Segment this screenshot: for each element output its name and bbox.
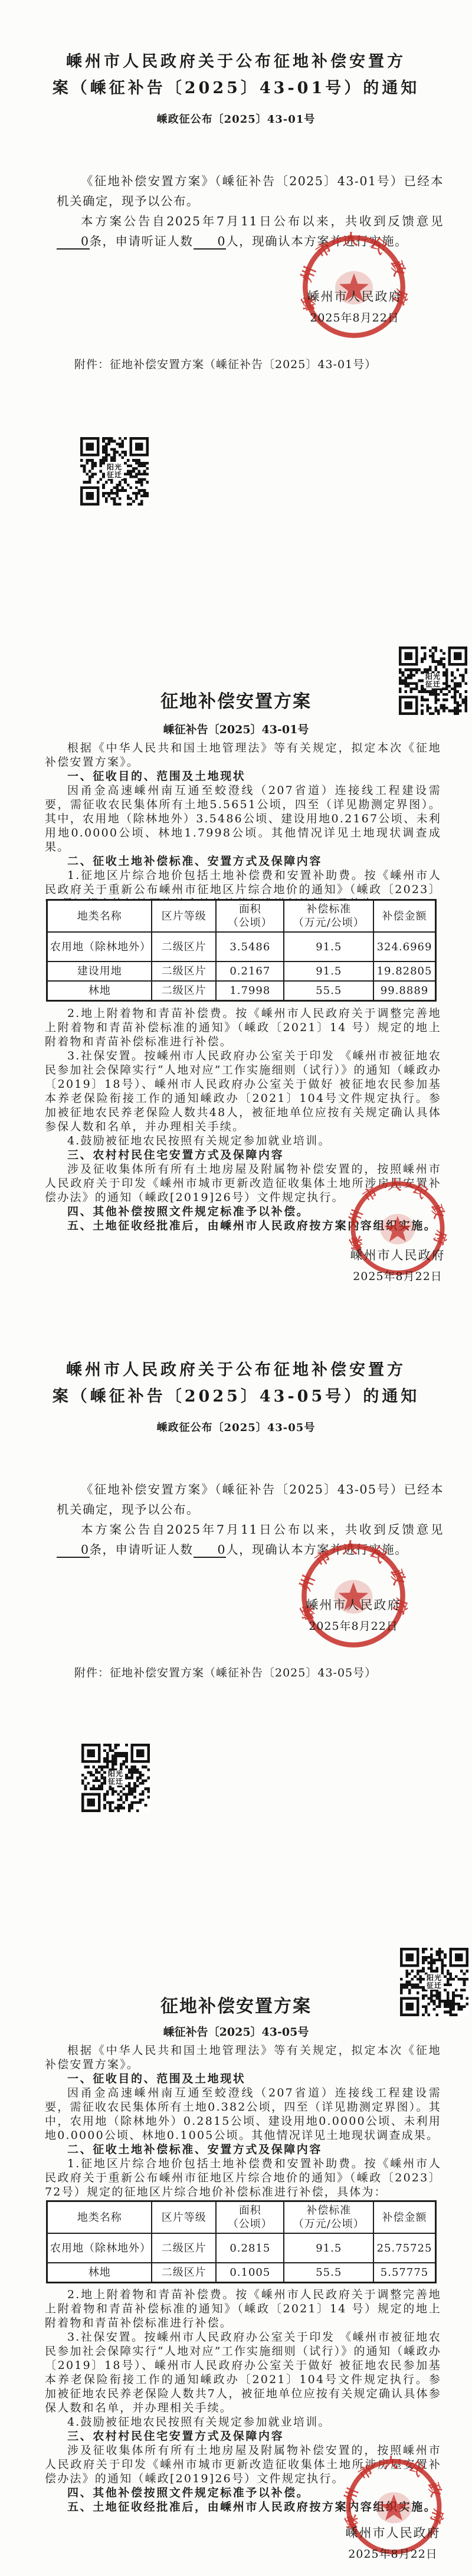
- section-heading-1: 一、征收目的、范围及土地现状: [45, 2072, 441, 2086]
- col-header-amount: 补偿金额: [373, 900, 435, 933]
- cell-amount: 324.6969: [373, 932, 435, 962]
- notice-title: 嵊州市人民政府关于公布征地补偿安置方 案（嵊征补告〔2025〕43-01号）的通…: [47, 48, 425, 101]
- section-heading-2: 二、征收土地补偿标准、安置方式及保障内容: [45, 854, 441, 868]
- signature-block: 嵊州市人民政府 2025年8月22日: [339, 2524, 447, 2561]
- sign-date: 2025年8月22日: [300, 309, 409, 325]
- col-header-amount: 补偿金额: [373, 2201, 435, 2234]
- plan-43-01: 阳光 征迁 征地补偿安置方案 嵊征补告〔2025〕43-01号 根据《中华人民共…: [0, 647, 472, 1307]
- notice-title: 嵊州市人民政府关于公布征地补偿安置方 案（嵊征补告〔2025〕43-05号）的通…: [47, 1357, 425, 1410]
- signature-block: 嵊州市人民政府 2025年8月22日: [300, 287, 409, 325]
- plan-intro: 根据《中华人民共和国土地管理法》等有关规定，拟定本次《征地补偿安置方案》。: [45, 741, 441, 769]
- table-row: 林地 二级区片 1.7998 55.5 99.8889: [47, 981, 436, 1001]
- plan-item-3: 3.社保安置。按嵊州市人民政府办公室关于印发 《嵊州市被征地农民参加社会保障实行…: [45, 2330, 441, 2415]
- section-heading-2: 二、征收土地补偿标准、安置方式及保障内容: [45, 2142, 441, 2157]
- signer-name: 嵊州市人民政府: [300, 287, 409, 305]
- notice-title-line1: 嵊州市人民政府关于公布征地补偿安置方: [47, 1357, 425, 1383]
- cell-zone-grade: 二级区片: [152, 962, 216, 981]
- sign-date: 2025年8月22日: [299, 1617, 408, 1633]
- table-row: 建设用地 二级区片 0.2167 91.5 19.82805: [47, 962, 436, 981]
- col-header-land-type: 地类名称: [47, 900, 152, 933]
- scanned-document-page: 嵊州市人民政府关于公布征地补偿安置方 案（嵊征补告〔2025〕43-01号）的通…: [0, 0, 472, 2576]
- cell-amount: 19.82805: [373, 962, 435, 981]
- plan-body-upper: 根据《中华人民共和国土地管理法》等有关规定，拟定本次《征地补偿安置方案》。 一、…: [45, 741, 441, 911]
- cell-standard: 55.5: [284, 2263, 373, 2283]
- notice-43-01: 嵊州市人民政府关于公布征地补偿安置方 案（嵊征补告〔2025〕43-01号）的通…: [0, 0, 472, 647]
- section-heading-3: 三、农村村民住宅安置方式及保障内容: [45, 1148, 441, 1162]
- compensation-table: 地类名称 区片等级 面积 （公顷） 补偿标准 （万元/公顷） 补偿金额 农用地（…: [46, 899, 437, 1002]
- table-header-row: 地类名称 区片等级 面积 （公顷） 补偿标准 （万元/公顷） 补偿金额: [47, 2201, 436, 2234]
- cell-land-type: 建设用地: [47, 962, 152, 981]
- col-header-land-type: 地类名称: [47, 2201, 152, 2234]
- notice-title-line2: 案（嵊征补告〔2025〕43-05号）的通知: [47, 1383, 425, 1410]
- cell-standard: 91.5: [284, 962, 373, 981]
- notice-title-line2: 案（嵊征补告〔2025〕43-01号）的通知: [47, 75, 425, 101]
- notice-paragraph-1: 《征地补偿安置方案》（嵊征补告〔2025〕43-01号）已经本机关确定，现予以公…: [57, 171, 444, 211]
- qr-pattern: [80, 437, 149, 506]
- signature-block: 嵊州市人民政府 2025年8月22日: [299, 1596, 408, 1633]
- table-row: 林地 二级区片 0.1005 55.5 5.57775: [47, 2263, 436, 2283]
- para2-mid: 条，申请听证人数: [90, 1543, 194, 1557]
- cell-standard: 91.5: [284, 932, 373, 962]
- col-header-zone-grade: 区片等级: [152, 900, 216, 933]
- plan-item-2: 2.地上附着物和青苗补偿费。按《嵊州市人民政府关于调整完善地上附着物和青苗补偿标…: [45, 2288, 441, 2330]
- plan-item-3: 3.社保安置。按嵊州市人民政府办公室关于印发 《嵊州市被征地农民参加社会保障实行…: [45, 1049, 441, 1134]
- compensation-table: 地类名称 区片等级 面积 （公顷） 补偿标准 （万元/公顷） 补偿金额 农用地（…: [46, 2200, 437, 2283]
- section-heading-3: 三、农村村民住宅安置方式及保障内容: [45, 2429, 441, 2443]
- para2-mid: 条，申请听证人数: [90, 234, 194, 248]
- notice-paragraph-1: 《征地补偿安置方案》（嵊征补告〔2025〕43-05号）已经本机关确定，现予以公…: [57, 1479, 444, 1520]
- notice-doc-number: 嵊政征公布〔2025〕43-01号: [0, 111, 472, 126]
- table-row: 农用地（除林地外） 二级区片 0.2815 91.5 25.75725: [47, 2233, 436, 2263]
- plan-item-4: 4.鼓励被征地农民按照有关规定参加就业培训。: [45, 1134, 441, 1148]
- hearing-count-blank: 0: [194, 235, 227, 250]
- plan-doc-number: 嵊征补告〔2025〕43-01号: [0, 721, 472, 737]
- cell-zone-grade: 二级区片: [152, 932, 216, 962]
- plan-title: 征地补偿安置方案: [0, 1991, 472, 2017]
- plan-43-05: 阳光 征迁 征地补偿安置方案 嵊征补告〔2025〕43-05号 根据《中华人民共…: [0, 1947, 472, 2576]
- cell-land-type: 林地: [47, 2263, 152, 2283]
- cell-amount: 5.57775: [373, 2263, 435, 2283]
- government-seal: 嵊州市人民政府: [299, 231, 409, 342]
- plan-item-4: 4.鼓励被征地农民按照有关规定参加就业培训。: [45, 2415, 441, 2429]
- plan-scope-paragraph: 因甬金高速嵊州南互通至蛟澄线（207省道）连接线工程建设需要，需征收农民集体所有…: [45, 2086, 441, 2142]
- cell-area: 0.2167: [216, 962, 284, 981]
- section-heading-1: 一、征收目的、范围及土地现状: [45, 769, 441, 783]
- col-header-area: 面积 （公顷）: [216, 900, 284, 933]
- signature-block: 嵊州市人民政府 2025年8月22日: [343, 1246, 452, 1284]
- table-row: 农用地（除林地外） 二级区片 3.5486 91.5 324.6969: [47, 932, 436, 962]
- sign-date: 2025年8月22日: [339, 2545, 447, 2561]
- plan-doc-number: 嵊征补告〔2025〕43-05号: [0, 2023, 472, 2039]
- qr-pattern: [81, 1744, 150, 1812]
- cell-amount: 99.8889: [373, 981, 435, 1001]
- signer-name: 嵊州市人民政府: [343, 1246, 452, 1264]
- cell-zone-grade: 二级区片: [152, 981, 216, 1001]
- attachment-line: 附件：征地补偿安置方案（嵊征补告〔2025〕43-01号）: [74, 356, 376, 372]
- cell-land-type: 农用地（除林地外）: [47, 932, 152, 962]
- hearing-count-blank: 0: [194, 1543, 227, 1558]
- notice-43-05: 嵊州市人民政府关于公布征地补偿安置方 案（嵊征补告〔2025〕43-05号）的通…: [0, 1307, 472, 1947]
- sunshine-relocation-qr-code: 阳光 征迁: [80, 437, 149, 506]
- feedback-count-blank: 0: [57, 1543, 90, 1558]
- attachment-line: 附件：征地补偿安置方案（嵊征补告〔2025〕43-05号）: [74, 1664, 376, 1680]
- sign-date: 2025年8月22日: [343, 1268, 452, 1284]
- para2-prefix: 本方案公告自2025年7月11日公布以来，共收到反馈意见: [81, 1522, 444, 1537]
- cell-land-type: 林地: [47, 981, 152, 1001]
- para2-prefix: 本方案公告自2025年7月11日公布以来，共收到反馈意见: [81, 214, 444, 228]
- cell-area: 0.2815: [216, 2233, 284, 2263]
- col-header-zone-grade: 区片等级: [152, 2201, 216, 2234]
- cell-amount: 25.75725: [373, 2233, 435, 2263]
- col-header-area: 面积 （公顷）: [216, 2201, 284, 2234]
- plan-item-2: 2.地上附着物和青苗补偿费。按《嵊州市人民政府关于调整完善地上附着物和青苗补偿标…: [45, 1006, 441, 1049]
- cell-area: 0.1005: [216, 2263, 284, 2283]
- plan-body-upper: 根据《中华人民共和国土地管理法》等有关规定，拟定本次《征地补偿安置方案》。 一、…: [45, 2043, 441, 2199]
- table-header-row: 地类名称 区片等级 面积 （公顷） 补偿标准 （万元/公顷） 补偿金额: [47, 900, 436, 933]
- plan-scope-paragraph: 因甬金高速嵊州南互通至蛟澄线（207省道）连接线工程建设需要，需征收农民集体所有…: [45, 783, 441, 854]
- notice-title-line1: 嵊州市人民政府关于公布征地补偿安置方: [47, 48, 425, 75]
- plan-title: 征地补偿安置方案: [0, 687, 472, 713]
- col-header-standard: 补偿标准 （万元/公顷）: [284, 2201, 373, 2234]
- sunshine-relocation-qr-code: 阳光 征迁: [81, 1744, 150, 1812]
- cell-standard: 55.5: [284, 981, 373, 1001]
- signer-name: 嵊州市人民政府: [299, 1596, 408, 1613]
- notice-doc-number: 嵊政征公布〔2025〕43-05号: [0, 1419, 472, 1435]
- cell-zone-grade: 二级区片: [152, 2233, 216, 2263]
- cell-land-type: 农用地（除林地外）: [47, 2233, 152, 2263]
- plan-item-1: 1.征地区片综合地价包括土地补偿费和安置补助费。按《嵊州市人民政府关于重新公布嵊…: [45, 2157, 441, 2199]
- cell-zone-grade: 二级区片: [152, 2263, 216, 2283]
- cell-area: 1.7998: [216, 981, 284, 1001]
- signer-name: 嵊州市人民政府: [339, 2524, 447, 2541]
- col-header-standard: 补偿标准 （万元/公顷）: [284, 900, 373, 933]
- cell-area: 3.5486: [216, 932, 284, 962]
- cell-standard: 91.5: [284, 2233, 373, 2263]
- feedback-count-blank: 0: [57, 235, 90, 250]
- plan-intro: 根据《中华人民共和国土地管理法》等有关规定，拟定本次《征地补偿安置方案》。: [45, 2043, 441, 2072]
